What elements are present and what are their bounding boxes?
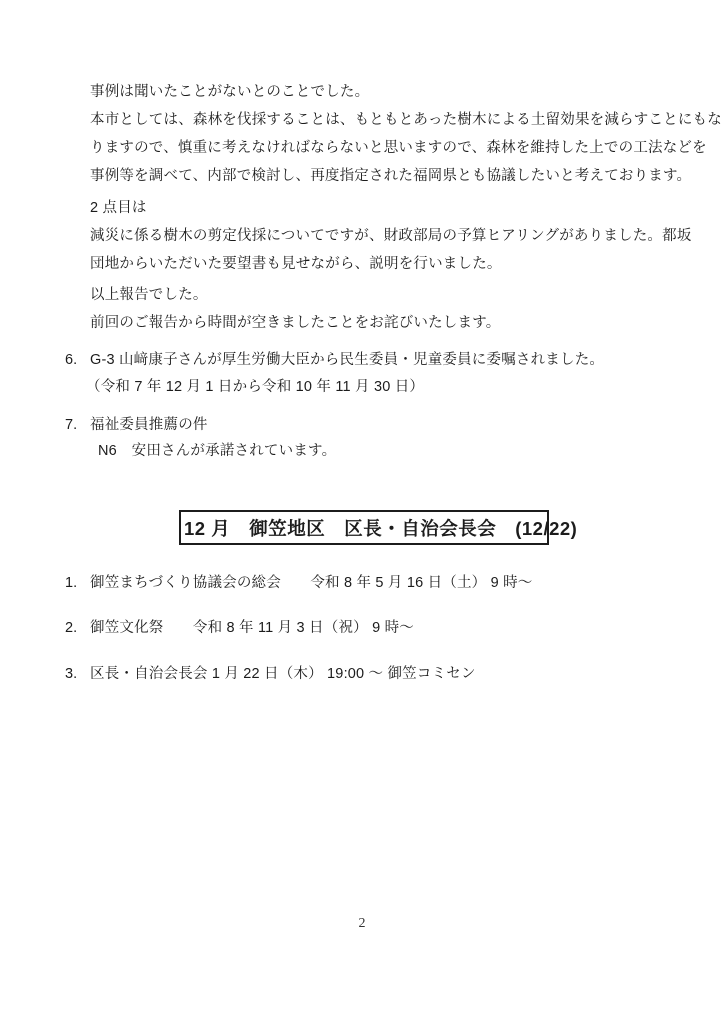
text-line: りますので、慎重に考えなければならないと思いますので、森林を維持した上での工法な… bbox=[90, 134, 722, 162]
schedule-item-number: 3. bbox=[65, 660, 90, 688]
agenda-item-7: 7. 福祉委員推薦の件 bbox=[65, 411, 208, 439]
section-title-box: 12 月 御笠地区 区長・自治会長会 (12/22) bbox=[179, 510, 549, 545]
schedule-item-text: 御笠文化祭 令和 8 年 11 月 3 日（祝） 9 時～ bbox=[90, 614, 414, 642]
schedule-item-1: 1. 御笠まちづくり協議会の総会 令和 8 年 5 月 16 日（土） 9 時～ bbox=[65, 569, 533, 597]
text-line: 事例は聞いたことがないとのことでした。 bbox=[90, 78, 722, 106]
schedule-item-number: 2. bbox=[65, 614, 90, 642]
agenda-item-7-subline: N6 安田さんが承諾されています。 bbox=[98, 437, 336, 465]
section-title: 12 月 御笠地区 区長・自治会長会 (12/22) bbox=[184, 515, 577, 541]
text-line: 減災に係る樹木の剪定伐採についてですが、財政部局の予算ヒアリングがありました。都… bbox=[90, 222, 692, 250]
agenda-item-6: 6. G-3 山﨑康子さんが厚生労働大臣から民生委員・児童委員に委嘱されました。 bbox=[65, 346, 604, 374]
agenda-item-6-subline: （令和 7 年 12 月 1 日から令和 10 年 11 月 30 日） bbox=[86, 373, 424, 401]
report-closing: 以上報告でした。 前回のご報告から時間が空きましたことをお詫びいたします。 bbox=[90, 281, 500, 337]
page-number: 2 bbox=[0, 916, 724, 932]
schedule-item-2: 2. 御笠文化祭 令和 8 年 11 月 3 日（祝） 9 時～ bbox=[65, 614, 414, 642]
document-page: 事例は聞いたことがないとのことでした。 本市としては、森林を伐採することは、もと… bbox=[0, 0, 724, 1024]
agenda-item-text: G-3 山﨑康子さんが厚生労働大臣から民生委員・児童委員に委嘱されました。 bbox=[90, 346, 604, 374]
text-line: （令和 7 年 12 月 1 日から令和 10 年 11 月 30 日） bbox=[86, 373, 424, 401]
schedule-item-text: 区長・自治会長会 1 月 22 日（木） 19:00 ～ 御笠コミセン bbox=[90, 660, 476, 688]
text-line: 団地からいただいた要望書も見せながら、説明を行いました。 bbox=[90, 250, 692, 278]
text-line: 以上報告でした。 bbox=[90, 281, 500, 309]
schedule-item-number: 1. bbox=[65, 569, 90, 597]
text-line: 本市としては、森林を伐採することは、もともとあった樹木による土留効果を減らすこと… bbox=[90, 106, 722, 134]
agenda-item-text: 福祉委員推薦の件 bbox=[90, 411, 208, 439]
report-paragraph-1: 事例は聞いたことがないとのことでした。 本市としては、森林を伐採することは、もと… bbox=[90, 78, 722, 190]
text-line: 事例等を調べて、内部で検討し、再度指定された福岡県とも協議したいと考えております… bbox=[90, 162, 722, 190]
text-line: 2 点目は bbox=[90, 194, 692, 222]
agenda-item-number: 7. bbox=[65, 411, 90, 439]
agenda-item-number: 6. bbox=[65, 346, 90, 374]
schedule-item-3: 3. 区長・自治会長会 1 月 22 日（木） 19:00 ～ 御笠コミセン bbox=[65, 660, 476, 688]
text-line: N6 安田さんが承諾されています。 bbox=[98, 437, 336, 465]
report-point-2: 2 点目は 減災に係る樹木の剪定伐採についてですが、財政部局の予算ヒアリングがあ… bbox=[90, 194, 692, 278]
text-line: 前回のご報告から時間が空きましたことをお詫びいたします。 bbox=[90, 309, 500, 337]
schedule-item-text: 御笠まちづくり協議会の総会 令和 8 年 5 月 16 日（土） 9 時～ bbox=[90, 569, 533, 597]
